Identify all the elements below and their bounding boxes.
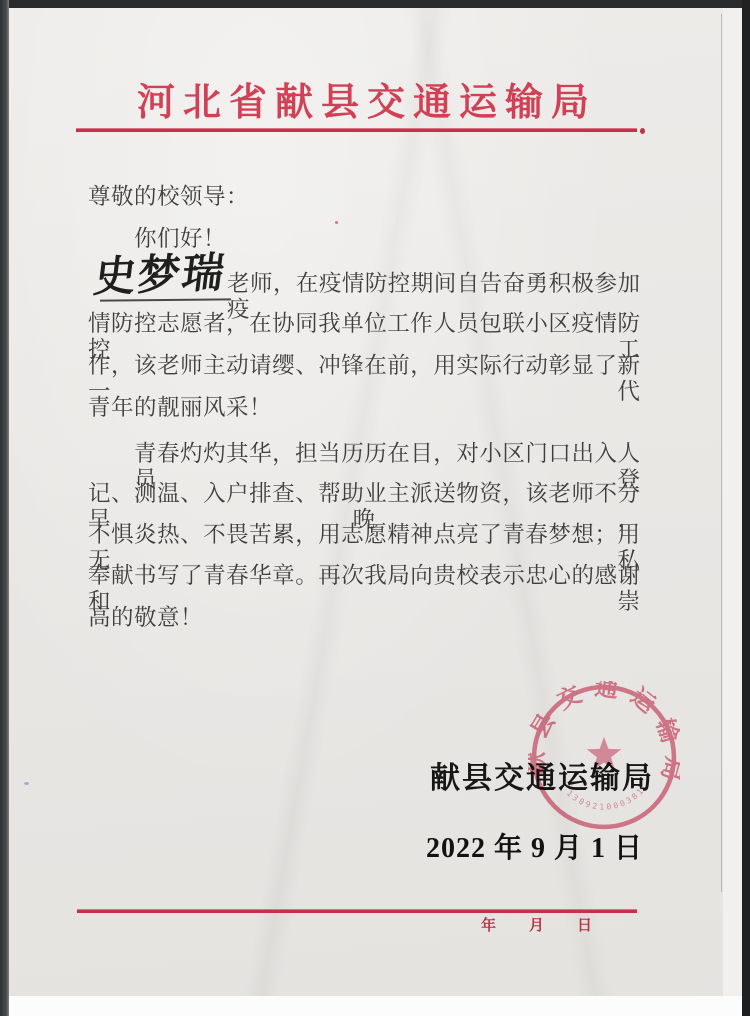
scan-margin (9, 996, 742, 1016)
footer-rule (77, 909, 637, 913)
seal-star-icon (587, 737, 622, 770)
signature-date: 2022 年 9 月 1 日 (426, 833, 643, 865)
letterhead-rule (76, 128, 637, 132)
paper-crease (721, 14, 722, 892)
ink-speck (335, 221, 338, 224)
body-line: 高的敬意！ (88, 605, 203, 631)
handwritten-name: 史梦瑞 (91, 250, 229, 301)
scan-edge (0, 0, 9, 1016)
salutation: 尊敬的校领导： (88, 184, 249, 210)
footer-date-placeholder: 年 月 日 (481, 917, 601, 935)
ink-speck (640, 128, 645, 134)
body-line: 青年的靓丽风采！ (88, 395, 272, 421)
scanned-letter: 河北省献县交通运输局 尊敬的校领导： 你们好！ 史梦瑞 老师，在疫情防控期间自告… (0, 0, 750, 1016)
scan-edge (742, 0, 750, 1000)
scan-edge (0, 0, 750, 8)
scan-margin (723, 8, 742, 996)
ink-speck (24, 782, 29, 785)
official-seal: 献县交通运输局 1309210003810 (528, 681, 680, 833)
letterhead-title: 河北省献县交通运输局 (4, 82, 730, 124)
